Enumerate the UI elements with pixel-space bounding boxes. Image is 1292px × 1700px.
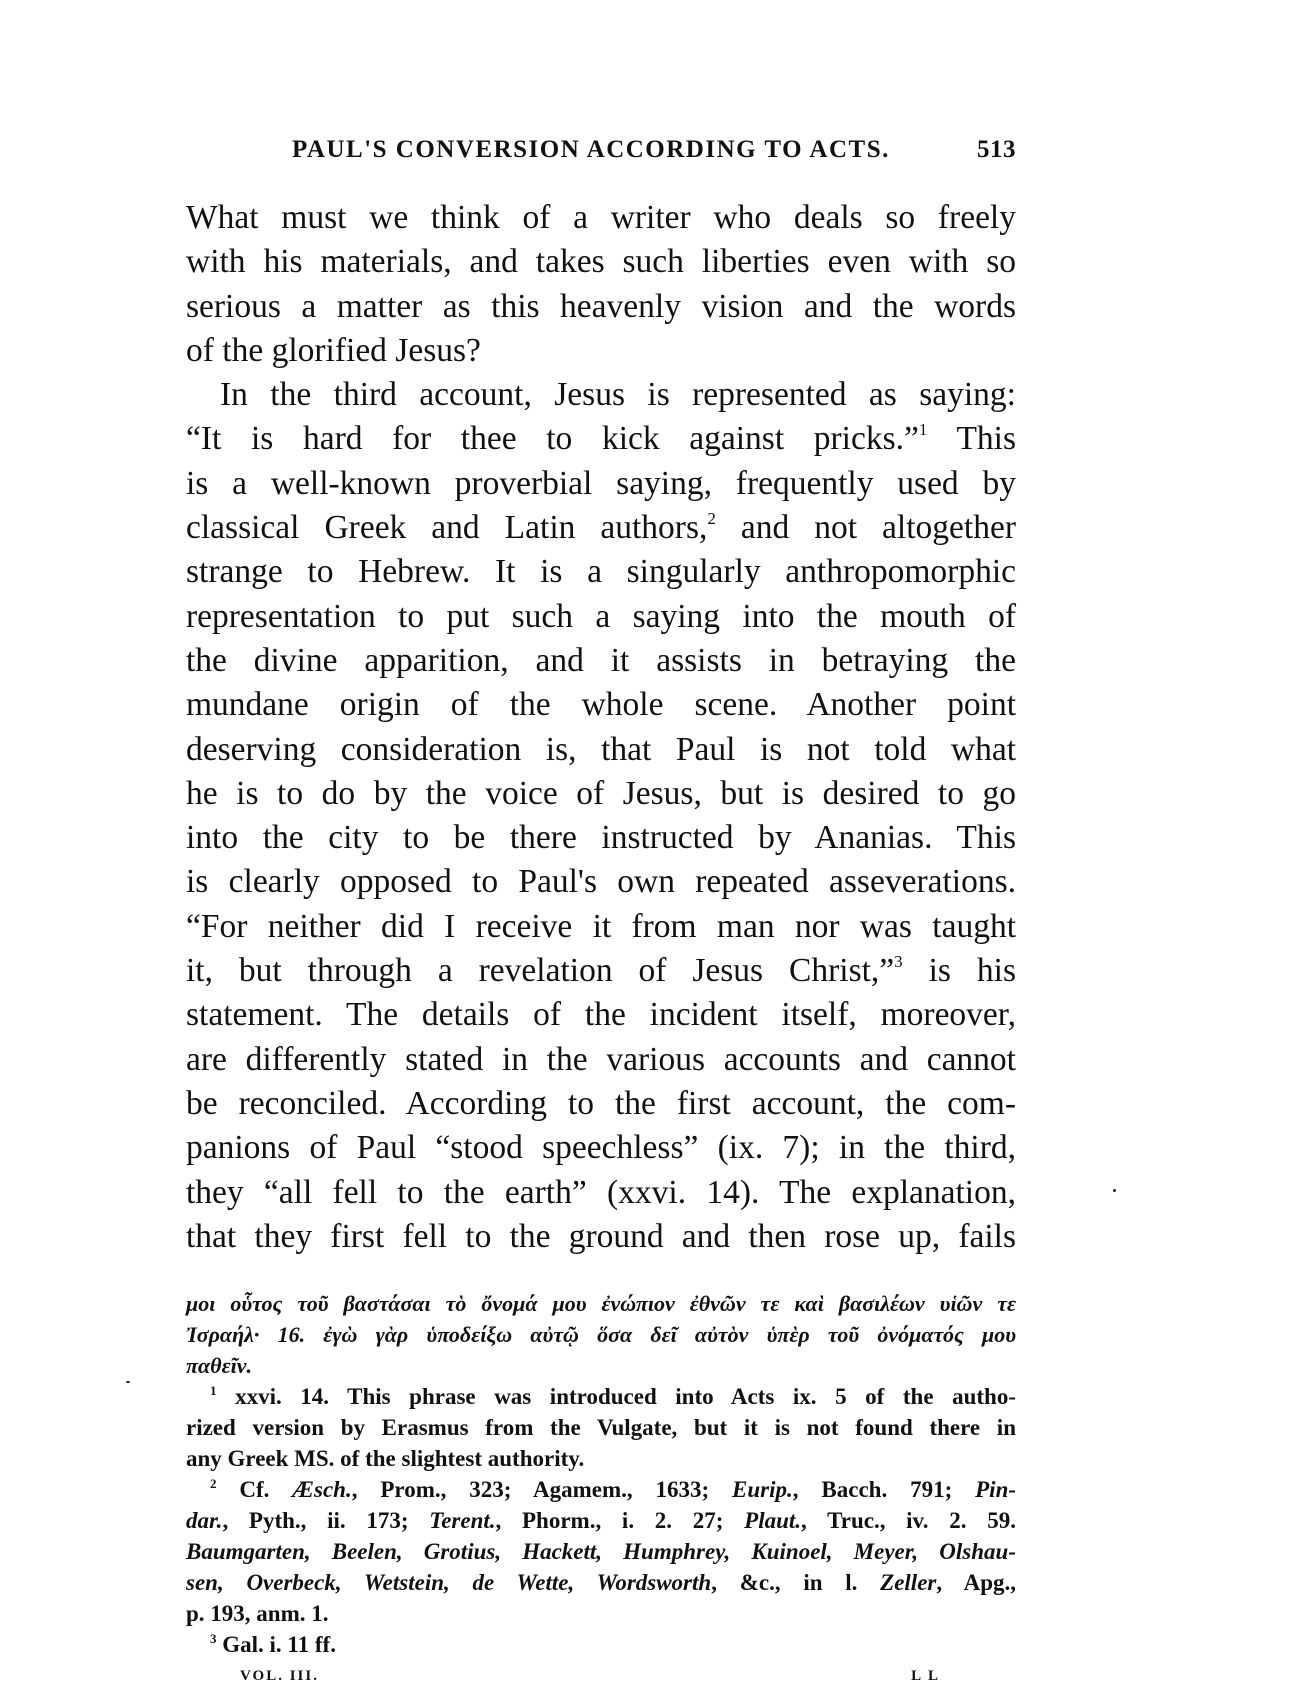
greek-continuation-line: Ἰσραήλ· 16. ἐγὼ γὰρ ὑποδείξω αὐτῷ ὅσα δε… xyxy=(186,1319,1016,1350)
body-line: is clearly opposed to Paul's own repeate… xyxy=(186,860,1016,904)
line-tail: is his xyxy=(929,952,1016,989)
body-line: What must we think of a writer who deals… xyxy=(186,196,1016,240)
page-number: 513 xyxy=(977,136,1016,164)
running-head: PAUL'S CONVERSION ACCORDING TO ACTS. 513 xyxy=(292,136,1016,164)
book-page: PAUL'S CONVERSION ACCORDING TO ACTS. 513… xyxy=(0,0,1292,1700)
greek-continuation-line: παθεῖν. xyxy=(186,1350,1016,1381)
scan-speck xyxy=(126,1381,130,1383)
quotation: “It is hard for thee to kick against pri… xyxy=(186,420,919,457)
footnote-2-line: Baumgarten, Beelen, Grotius, Hackett, Hu… xyxy=(186,1536,1016,1567)
footnote-text: , Pyth., ii. 173; xyxy=(222,1508,429,1533)
body-line: panions of Paul “stood speechless” (ix. … xyxy=(186,1126,1016,1170)
body-line: it, but through a revelation of Jesus Ch… xyxy=(186,949,1016,993)
body-line: they “all fell to the earth” (xxvi. 14).… xyxy=(186,1171,1016,1215)
footnote-text: , &c., in l. xyxy=(711,1570,880,1595)
footnote-ref-1[interactable]: 1 xyxy=(919,420,928,439)
line-tail: and not altogether xyxy=(741,509,1016,546)
author-name: Pin- xyxy=(975,1477,1016,1502)
footnote-1-line: rized version by Erasmus from the Vulgat… xyxy=(186,1412,1016,1443)
quotation: it, but through a revelation of Jesus Ch… xyxy=(186,952,894,989)
body-line: of the glorified Jesus? xyxy=(186,329,1016,373)
body-line: In the third account, Jesus is represent… xyxy=(186,373,1016,417)
footnote-mark: 2 xyxy=(210,1476,217,1491)
body-line: statement. The details of the incident i… xyxy=(186,993,1016,1037)
author-names: sen, Overbeck, Wetstein, de Wette, Words… xyxy=(186,1570,711,1595)
author-name: Æsch. xyxy=(292,1477,351,1502)
footnote-text: xxvi. 14. This phrase was introduced int… xyxy=(235,1384,1016,1409)
footnote-2: 2 Cf. Æsch., Prom., 323; Agamem., 1633; … xyxy=(186,1474,1016,1505)
footnote-mark: 1 xyxy=(210,1383,217,1398)
footnote-ref-3[interactable]: 3 xyxy=(894,952,903,971)
footnote-text: , Phorm., i. 2. 27; xyxy=(496,1508,745,1533)
author-name: Zeller xyxy=(880,1570,936,1595)
body-line: is a well-known proverbial saying, frequ… xyxy=(186,462,1016,506)
body-line: representation to put such a saying into… xyxy=(186,595,1016,639)
body-line: serious a matter as this heavenly vision… xyxy=(186,285,1016,329)
author-name: dar. xyxy=(186,1508,222,1533)
footnote-text: , Apg., xyxy=(936,1570,1016,1595)
footnote-3: 3 Gal. i. 11 ff. xyxy=(186,1629,1016,1660)
greek-continuation-line: μοι οὗτος τοῦ βαστάσαι τὸ ὄνομά μου ἐνώπ… xyxy=(186,1288,1016,1319)
footnote-text: , Bacch. 791; xyxy=(793,1477,975,1502)
footnote-1-line: any Greek MS. of the slightest authority… xyxy=(186,1443,1016,1474)
author-name: Plaut. xyxy=(744,1508,801,1533)
footnote-1: 1 xxvi. 14. This phrase was introduced i… xyxy=(186,1381,1016,1412)
footnotes: μοι οὗτος τοῦ βαστάσαι τὸ ὄνομά μου ἐνώπ… xyxy=(186,1288,1016,1660)
footnote-text: , Prom., 323; Agamem., 1633; xyxy=(352,1477,732,1502)
author-names: Baumgarten, Beelen, Grotius, Hackett, Hu… xyxy=(186,1539,1016,1564)
body-line: the divine apparition, and it assists in… xyxy=(186,639,1016,683)
body-line: that they first fell to the ground and t… xyxy=(186,1215,1016,1259)
footnote-2-line: sen, Overbeck, Wetstein, de Wette, Words… xyxy=(186,1567,1016,1598)
volume-label: VOL. III. xyxy=(240,1668,319,1685)
body-line: “For neither did I receive it from man n… xyxy=(186,905,1016,949)
body-line: are differently stated in the various ac… xyxy=(186,1038,1016,1082)
body-text: What must we think of a writer who deals… xyxy=(186,196,1016,1259)
signature-line: VOL. III. L L xyxy=(240,1668,940,1685)
body-line: strange to Hebrew. It is a singularly an… xyxy=(186,550,1016,594)
line-head: classical Greek and Latin authors, xyxy=(186,509,707,546)
body-line: “It is hard for thee to kick against pri… xyxy=(186,417,1016,461)
body-line: deserving consideration is, that Paul is… xyxy=(186,728,1016,772)
footnote-ref-2[interactable]: 2 xyxy=(707,509,716,528)
footnote-text: Gal. i. 11 ff. xyxy=(222,1632,336,1657)
body-line: into the city to be there instructed by … xyxy=(186,816,1016,860)
footnote-mark: 3 xyxy=(210,1631,217,1646)
running-title: PAUL'S CONVERSION ACCORDING TO ACTS. xyxy=(292,136,890,164)
footnote-text: Cf. xyxy=(239,1477,292,1502)
body-line: classical Greek and Latin authors,2 and … xyxy=(186,506,1016,550)
scan-speck xyxy=(1113,1189,1116,1192)
author-name: Eurip. xyxy=(732,1477,793,1502)
footnote-text: , Truc., iv. 2. 59. xyxy=(801,1508,1016,1533)
line-tail: This xyxy=(956,420,1016,457)
body-line: be reconciled. According to the first ac… xyxy=(186,1082,1016,1126)
footnote-2-line: dar., Pyth., ii. 173; Terent., Phorm., i… xyxy=(186,1505,1016,1536)
signature-mark: L L xyxy=(911,1668,940,1685)
body-line: with his materials, and takes such liber… xyxy=(186,240,1016,284)
author-name: Terent. xyxy=(429,1508,495,1533)
body-line: he is to do by the voice of Jesus, but i… xyxy=(186,772,1016,816)
footnote-2-line: p. 193, anm. 1. xyxy=(186,1598,1016,1629)
body-line: mundane origin of the whole scene. Anoth… xyxy=(186,683,1016,727)
